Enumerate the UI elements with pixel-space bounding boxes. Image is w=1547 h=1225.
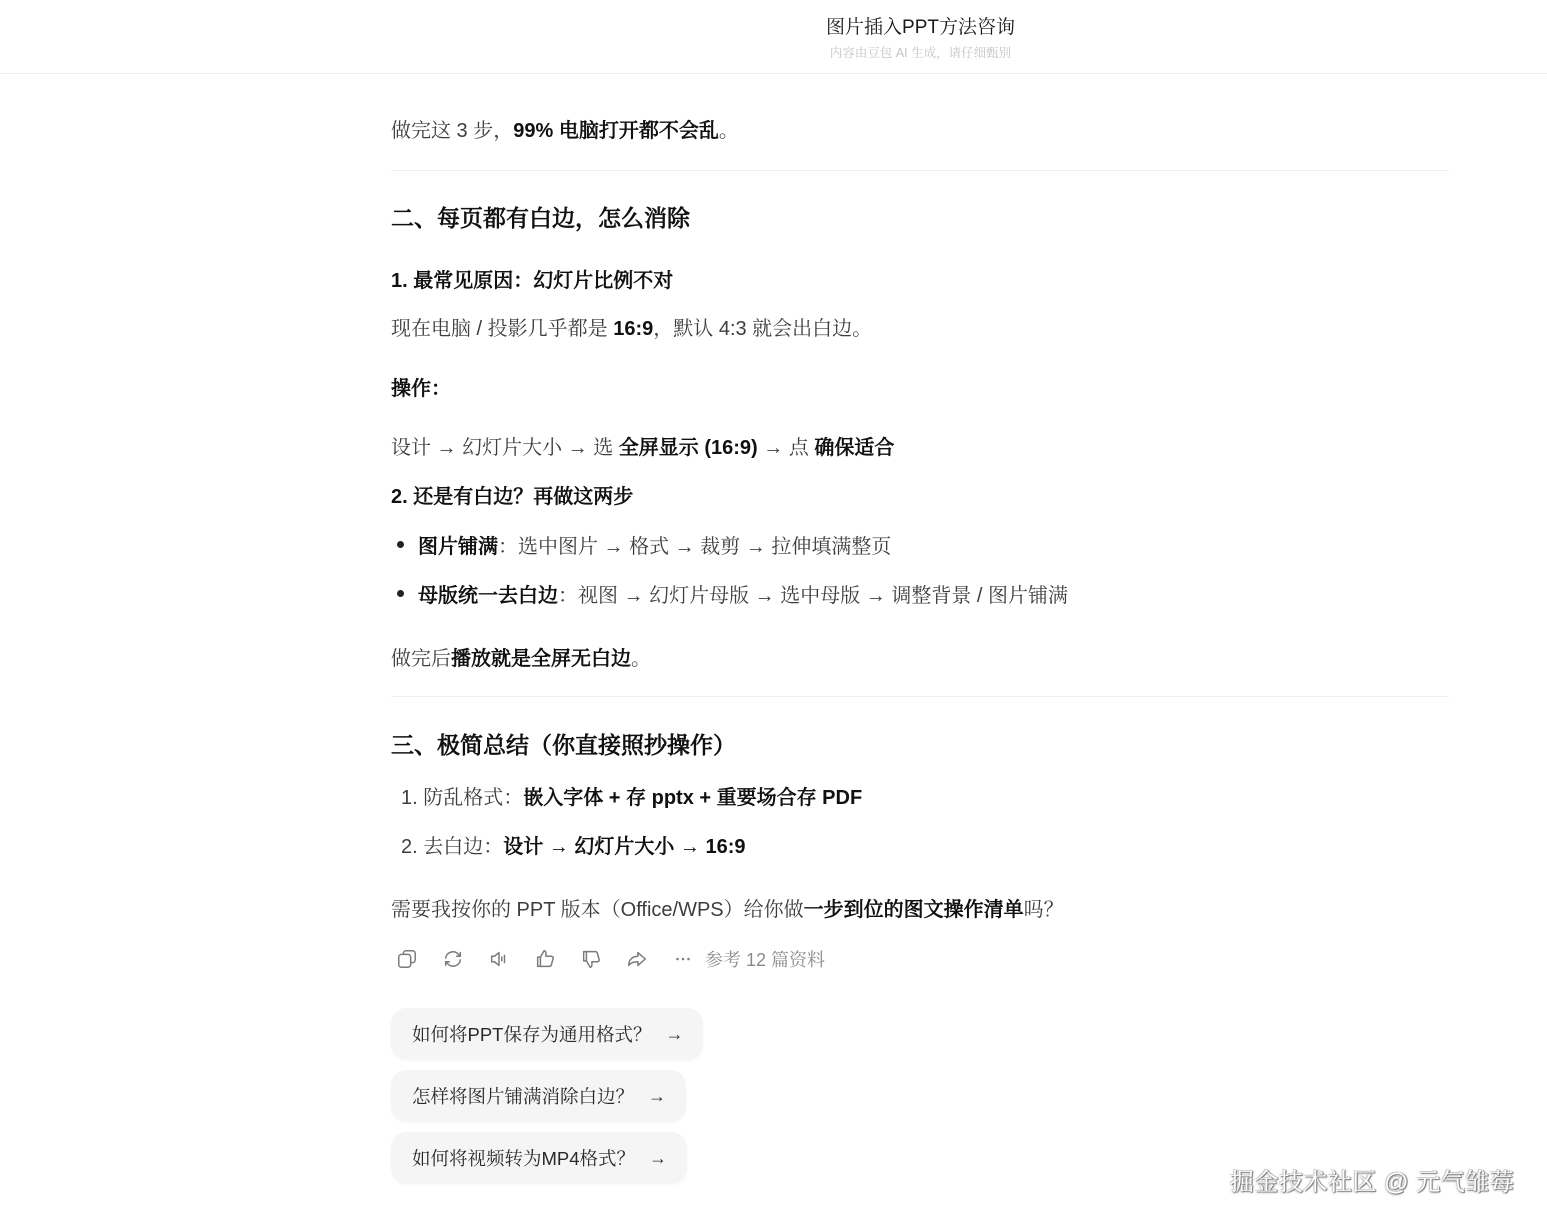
arrow-right-icon: → (665, 1024, 683, 1045)
section-divider (391, 696, 1449, 697)
operation-steps: 设计 → 幻灯片大小 → 选 全屏显示 (16:9) → 点 确保适合 (391, 431, 894, 460)
section2-sub2-heading: 2. 还是有白边？再做这两步 (391, 480, 633, 509)
thumbs-up-icon (534, 948, 556, 970)
list-item: 图片铺满：选中图片 → 格式 → 裁剪 → 拉伸填满整页 (418, 530, 891, 559)
more-button[interactable] (667, 944, 705, 974)
list-item: 母版统一去白边：视图 → 幻灯片母版 → 选中母版 → 调整背景 / 图片铺满 (418, 579, 1068, 608)
after-paragraph: 做完后播放就是全屏无白边。 (391, 642, 651, 671)
arrow-right-icon: → (649, 1148, 667, 1169)
thumbs-down-icon (580, 948, 602, 970)
section-divider (391, 170, 1449, 171)
section2-sub1-heading: 1. 最常见原因：幻灯片比例不对 (391, 264, 673, 293)
suggestion-chip[interactable]: 如何将视频转为MP4格式？ → (391, 1132, 687, 1184)
conversation-title: 图片插入PPT方法咨询 (0, 12, 1547, 39)
operation-label: 操作： (391, 372, 451, 401)
regenerate-button[interactable] (437, 944, 483, 974)
ratio-paragraph: 现在电脑 / 投影几乎都是 16:9，默认 4:3 就会出白边。 (391, 312, 872, 341)
suggestion-chip[interactable]: 怎样将图片铺满消除白边？ → (391, 1070, 686, 1122)
bullet-dot (397, 541, 404, 548)
summary-item: 2. 去白边：设计 → 幻灯片大小 → 16:9 (401, 830, 746, 859)
intro-paragraph: 做完这 3 步，99% 电脑打开都不会乱。 (391, 114, 739, 143)
speaker-icon (488, 948, 510, 970)
chat-header: 图片插入PPT方法咨询 内容由豆包 AI 生成，请仔细甄别 (0, 0, 1547, 74)
ai-disclaimer: 内容由豆包 AI 生成，请仔细甄别 (0, 43, 1547, 61)
copy-button[interactable] (391, 944, 437, 974)
more-icon (672, 948, 694, 970)
section2-heading: 二、每页都有白边，怎么消除 (391, 200, 690, 233)
references-link[interactable]: 参考 12 篇资料 (705, 946, 825, 972)
arrow-right-icon: → (648, 1086, 666, 1107)
regenerate-icon (442, 948, 464, 970)
message-action-bar: 参考 12 篇资料 (391, 944, 825, 974)
watermark: 掘金技术社区 @ 元气雏莓 (1230, 1162, 1514, 1197)
share-button[interactable] (621, 944, 667, 974)
suggestion-chip[interactable]: 如何将PPT保存为通用格式？ → (391, 1008, 703, 1060)
summary-item: 1. 防乱格式：嵌入字体 + 存 pptx + 重要场合存 PDF (401, 781, 862, 810)
like-button[interactable] (529, 944, 575, 974)
read-aloud-button[interactable] (483, 944, 529, 974)
dislike-button[interactable] (575, 944, 621, 974)
share-icon (626, 948, 648, 970)
section3-heading: 三、极简总结（你直接照抄操作） (391, 727, 736, 760)
bullet-dot (397, 590, 404, 597)
closing-question: 需要我按你的 PPT 版本（Office/WPS）给你做一步到位的图文操作清单吗… (391, 893, 1064, 922)
copy-icon (396, 948, 418, 970)
